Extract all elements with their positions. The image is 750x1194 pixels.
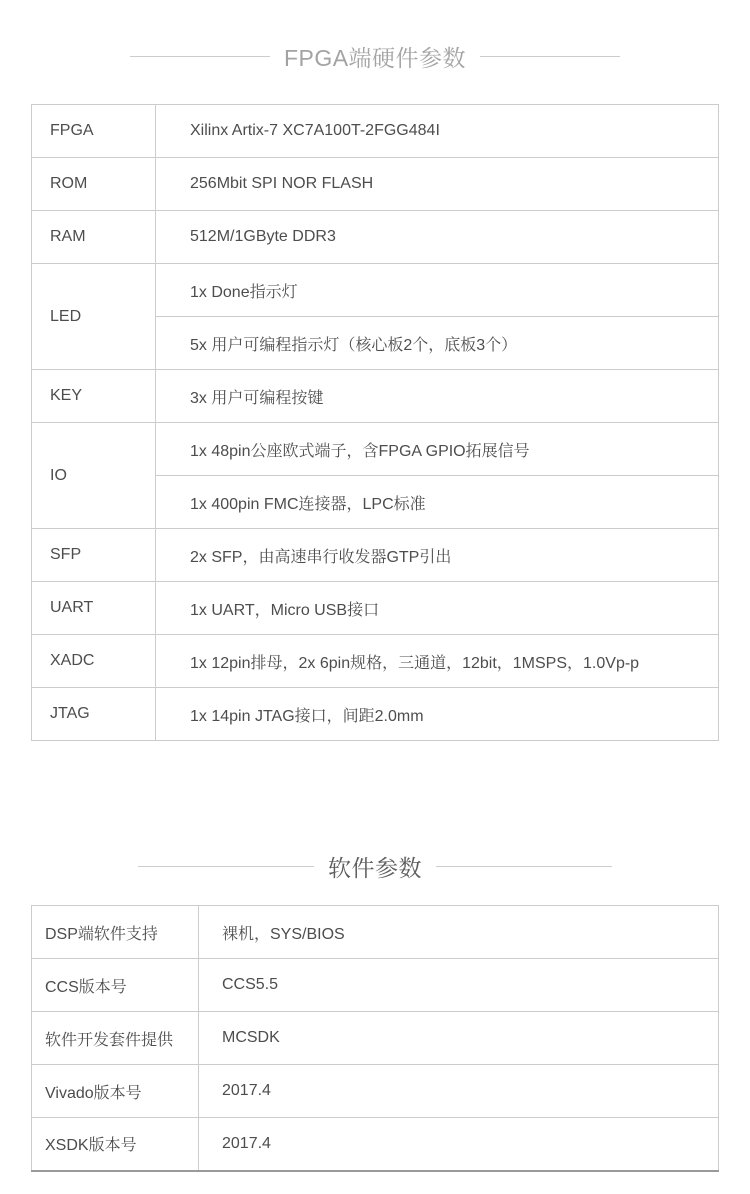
spec-label: UART [32, 582, 156, 635]
spec-label: Vivado版本号 [32, 1065, 199, 1118]
spec-value: 2017.4 [199, 1065, 719, 1118]
table-row: IO 1x 48pin公座欧式端子，含FPGA GPIO拓展信号 [32, 423, 719, 476]
spec-label: KEY [32, 370, 156, 423]
spec-value: 2x SFP，由高速串行收发器GTP引出 [156, 529, 719, 582]
title-rule-right [436, 866, 612, 867]
table-row: FPGA Xilinx Artix-7 XC7A100T-2FGG484I [32, 105, 719, 158]
spec-label: DSP端软件支持 [32, 906, 199, 959]
software-title: 软件参数 [328, 850, 422, 883]
title-rule-left [138, 866, 314, 867]
spec-value: 裸机，SYS/BIOS [199, 906, 719, 959]
spec-value: Xilinx Artix-7 XC7A100T-2FGG484I [156, 105, 719, 158]
table-row: ROM 256Mbit SPI NOR FLASH [32, 158, 719, 211]
hardware-section-title: FPGA端硬件参数 [0, 40, 750, 72]
spec-label: RAM [32, 211, 156, 264]
spec-value: 256Mbit SPI NOR FLASH [156, 158, 719, 211]
title-rule-left [130, 56, 270, 57]
table-row: Vivado版本号 2017.4 [32, 1065, 719, 1118]
spec-value: 1x 48pin公座欧式端子，含FPGA GPIO拓展信号 [156, 423, 719, 476]
spec-value: 3x 用户可编程按键 [156, 370, 719, 423]
software-spec-table: DSP端软件支持 裸机，SYS/BIOS CCS版本号 CCS5.5 软件开发套… [31, 905, 719, 1172]
spec-value: 5x 用户可编程指示灯（核心板2个，底板3个） [156, 317, 719, 370]
table-row: SFP 2x SFP，由高速串行收发器GTP引出 [32, 529, 719, 582]
spec-label: IO [32, 423, 156, 529]
table-row: 软件开发套件提供 MCSDK [32, 1012, 719, 1065]
table-row: UART 1x UART，Micro USB接口 [32, 582, 719, 635]
spec-value: 1x 12pin排母，2x 6pin规格，三通道，12bit，1MSPS，1.0… [156, 635, 719, 688]
spec-label: XSDK版本号 [32, 1118, 199, 1171]
spec-page: FPGA端硬件参数 FPGA Xilinx Artix-7 XC7A100T-2… [0, 40, 750, 1172]
table-row: DSP端软件支持 裸机，SYS/BIOS [32, 906, 719, 959]
spec-label: 软件开发套件提供 [32, 1012, 199, 1065]
hardware-title: FPGA端硬件参数 [284, 40, 466, 73]
table-row: CCS版本号 CCS5.5 [32, 959, 719, 1012]
software-section-title: 软件参数 [0, 850, 750, 882]
spec-label: ROM [32, 158, 156, 211]
table-row: JTAG 1x 14pin JTAG接口，间距2.0mm [32, 688, 719, 741]
spec-value: 1x UART，Micro USB接口 [156, 582, 719, 635]
spec-label: CCS版本号 [32, 959, 199, 1012]
table-row: XADC 1x 12pin排母，2x 6pin规格，三通道，12bit，1MSP… [32, 635, 719, 688]
spec-label: FPGA [32, 105, 156, 158]
spec-label: LED [32, 264, 156, 370]
spec-value: 2017.4 [199, 1118, 719, 1171]
spec-label: XADC [32, 635, 156, 688]
table-row: KEY 3x 用户可编程按键 [32, 370, 719, 423]
spec-value: MCSDK [199, 1012, 719, 1065]
spec-label: SFP [32, 529, 156, 582]
spec-value: 512M/1GByte DDR3 [156, 211, 719, 264]
spec-value: 1x 14pin JTAG接口，间距2.0mm [156, 688, 719, 741]
spec-value: 1x Done指示灯 [156, 264, 719, 317]
table-row: LED 1x Done指示灯 [32, 264, 719, 317]
table-row: XSDK版本号 2017.4 [32, 1118, 719, 1171]
spec-label: JTAG [32, 688, 156, 741]
title-rule-right [480, 56, 620, 57]
hardware-spec-table: FPGA Xilinx Artix-7 XC7A100T-2FGG484I RO… [31, 104, 719, 741]
spec-value: CCS5.5 [199, 959, 719, 1012]
spec-value: 1x 400pin FMC连接器，LPC标准 [156, 476, 719, 529]
table-row: RAM 512M/1GByte DDR3 [32, 211, 719, 264]
